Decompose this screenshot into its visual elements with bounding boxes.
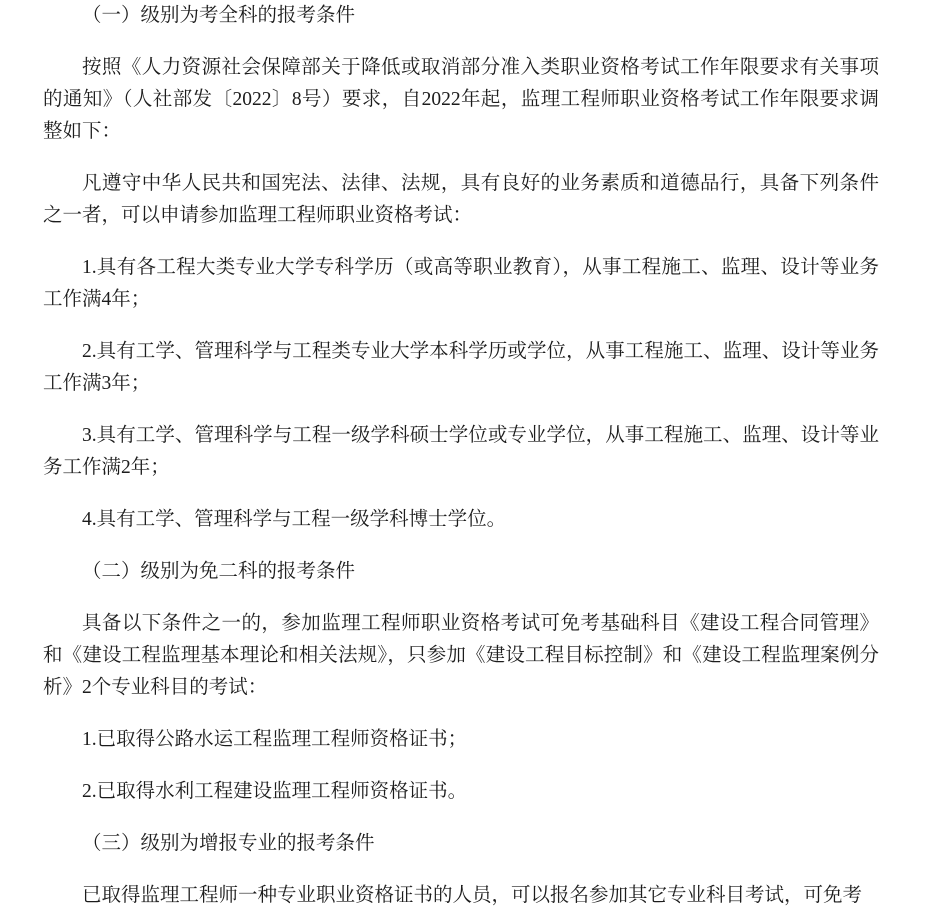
paragraph-exemption-rule: 具备以下条件之一的，参加监理工程师职业资格考试可免考基础科目《建设工程合同管理》… (43, 608, 879, 704)
paragraph-policy-notice: 按照《人力资源社会保障部关于降低或取消部分准入类职业资格考试工作年限要求有关事项… (43, 52, 879, 148)
section-heading-additional-specialty: （三）级别为增报专业的报考条件 (43, 828, 879, 860)
section-heading-exempt-two-subjects: （二）级别为免二科的报考条件 (43, 556, 879, 588)
condition-item-4: 4.具有工学、管理科学与工程一级学科博士学位。 (43, 504, 879, 536)
document-page: （一）级别为考全科的报考条件 按照《人力资源社会保障部关于降低或取消部分准入类职… (0, 0, 934, 913)
section-heading-full-subjects: （一）级别为考全科的报考条件 (43, 0, 879, 32)
condition-item-2: 2.具有工学、管理科学与工程类专业大学本科学历或学位，从事工程施工、监理、设计等… (43, 336, 879, 400)
paragraph-general-requirements: 凡遵守中华人民共和国宪法、法律、法规，具有良好的业务素质和道德品行，具备下列条件… (43, 168, 879, 232)
exemption-item-1: 1.已取得公路水运工程监理工程师资格证书； (43, 724, 879, 756)
condition-item-1: 1.具有各工程大类专业大学专科学历（或高等职业教育），从事工程施工、监理、设计等… (43, 252, 879, 316)
condition-item-3: 3.具有工学、管理科学与工程一级学科硕士学位或专业学位，从事工程施工、监理、设计… (43, 420, 879, 484)
paragraph-additional-specialty-rule: 已取得监理工程师一种专业职业资格证书的人员，可以报名参加其它专业科目考试，可免考 (43, 880, 879, 912)
exemption-item-2: 2.已取得水利工程建设监理工程师资格证书。 (43, 776, 879, 808)
